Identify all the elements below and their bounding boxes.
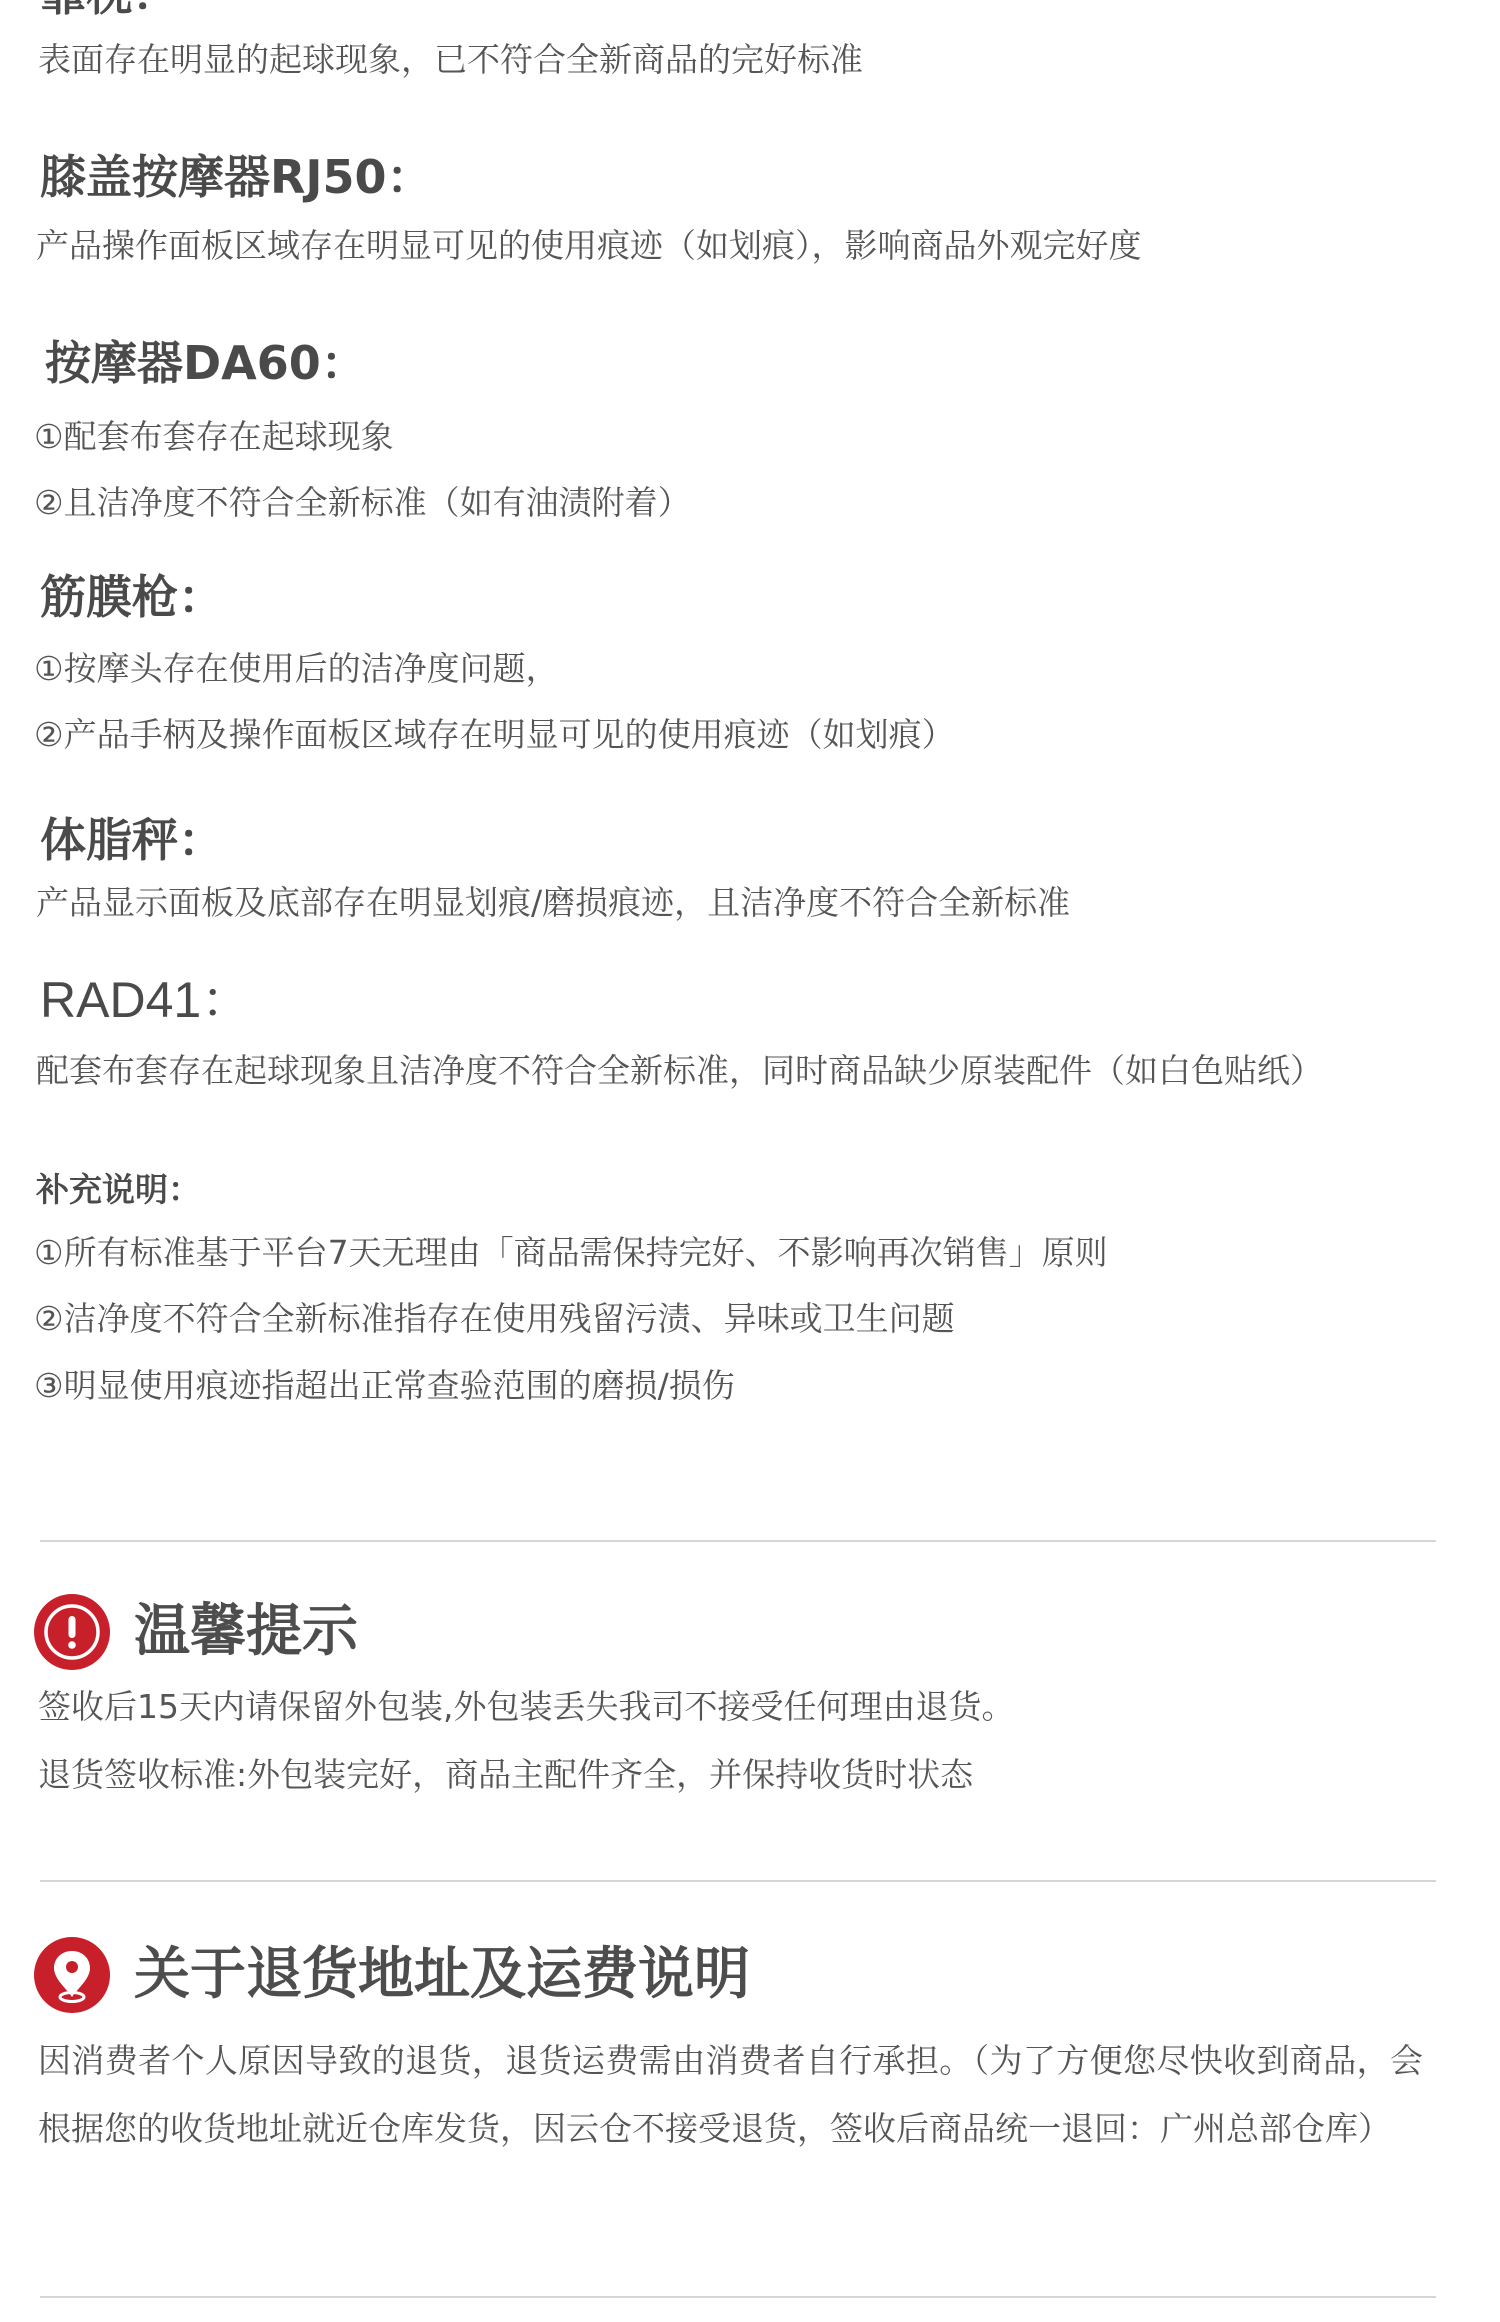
warm-tips-line: 退货签收标准:外包装完好，商品主配件齐全，并保持收货时状态 (38, 1753, 973, 1797)
product-criteria-item: ②产品手柄及操作面板区域存在明显可见的使用痕迹（如划痕） (34, 713, 955, 757)
product-heading-rj50: 膝盖按摩器RJ50： (40, 149, 433, 205)
warm-tips-title: 温馨提示 (134, 1597, 358, 1667)
exclamation-circle-icon (34, 1594, 110, 1670)
product-criteria-item: ①按摩头存在使用后的洁净度问题， (34, 647, 559, 691)
section-divider (40, 2296, 1436, 2298)
product-criteria-text: 配套布套存在起球现象且洁净度不符合全新标准，同时商品缺少原装配件（如白色贴纸） (36, 1049, 1323, 1093)
return-address-paragraph: 因消费者个人原因导致的退货，退货运费需由消费者自行承担。（为了方便您尽快收到商品… (38, 2027, 1423, 2162)
product-criteria-item: ②且洁净度不符合全新标准（如有油渍附着） (34, 481, 691, 525)
supplement-item: ③明显使用痕迹指超出正常查验范围的磨损/损伤 (34, 1364, 735, 1408)
product-heading-body-fat-scale: 体脂秤： (40, 812, 224, 868)
section-divider (40, 1540, 1436, 1542)
product-heading-da60: 按摩器DA60： (45, 335, 367, 391)
supplement-heading: 补充说明： (36, 1168, 201, 1212)
product-criteria-text: 产品显示面板及底部存在明显划痕/磨损痕迹，且洁净度不符合全新标准 (36, 881, 1070, 925)
supplement-item: ①所有标准基于平台7天无理由「商品需保持完好、不影响再次销售」原则 (34, 1231, 1108, 1275)
warm-tips-line: 签收后15天内请保留外包装,外包装丢失我司不接受任何理由退货。 (38, 1685, 1014, 1729)
product-heading-massage-gun: 筋膜枪： (40, 569, 224, 625)
product-heading-rad41: RAD41： (40, 972, 251, 1028)
return-address-title: 关于退货地址及运费说明 (134, 1940, 750, 2010)
section-divider (40, 1880, 1436, 1882)
location-pin-icon (34, 1937, 110, 2013)
supplement-item: ②洁净度不符合全新标准指存在使用残留污渍、异味或卫生问题 (34, 1297, 955, 1341)
product-criteria-text: 表面存在明显的起球现象，已不符合全新商品的完好标准 (38, 38, 863, 82)
product-criteria-item: ①配套布套存在起球现象 (34, 415, 394, 459)
product-criteria-text: 产品操作面板区域存在明显可见的使用痕迹（如划痕），影响商品外观完好度 (36, 224, 1142, 268)
product-heading-cushion: 靠枕： (40, 0, 178, 22)
